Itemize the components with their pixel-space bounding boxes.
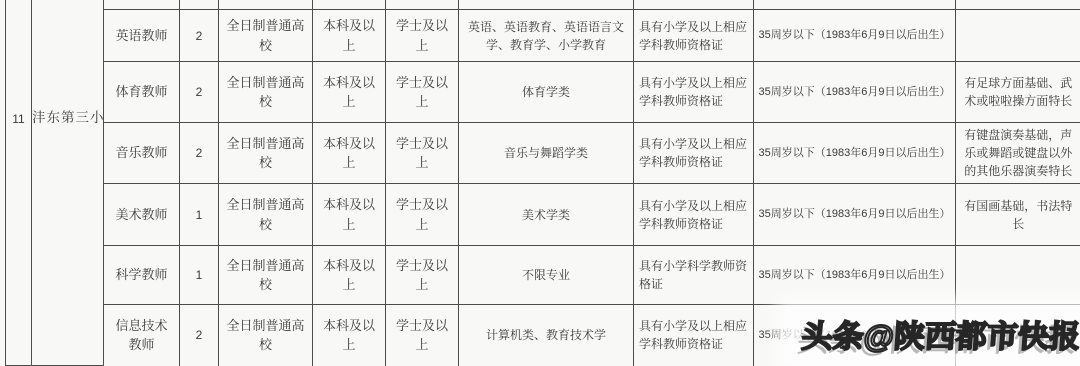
cell-school-type: 全日制普通高校 (219, 10, 313, 62)
table-row-partial: 11 沣东第三小学 (6, 0, 1080, 10)
cell-education: 本科及以上 (313, 246, 386, 305)
table-row: 英语教师 2 全日制普通高校 本科及以上 学士及以上 英语、英语教育、英语语言文… (6, 10, 1080, 62)
cell-specialty: 有键盘演奏基础，声乐或舞蹈或键盘以外的其他乐器演奏特长 (956, 123, 1080, 184)
cell-education: 本科及以上 (313, 62, 386, 123)
cell-specialty (956, 10, 1080, 62)
cell-empty (956, 0, 1080, 10)
cell-position: 音乐教师 (104, 123, 180, 184)
cell-position: 信息技术教师 (104, 305, 180, 366)
table-row: 体育教师 2 全日制普通高校 本科及以上 学士及以上 体育学类 具有小学及以上相… (6, 62, 1080, 123)
cell-serial-no: 11 (6, 0, 32, 366)
cell-education: 本科及以上 (313, 184, 386, 246)
cell-age: 35周岁以下（1983年6月9日以后出生） (754, 123, 956, 184)
cell-degree: 学士及以上 (386, 10, 459, 62)
cell-certificate: 具有小学科学教师资格证 (634, 246, 754, 305)
cell-major: 体育学类 (459, 62, 634, 123)
cell-certificate: 具有小学及以上相应学科教师资格证 (634, 305, 754, 366)
recruitment-table-page: 11 沣东第三小学 英语教师 2 全日制普通高校 本科及以上 学士及以上 英语、… (0, 0, 1080, 366)
cell-degree: 学士及以上 (386, 123, 459, 184)
cell-specialty (956, 246, 1080, 305)
cell-school-type: 全日制普通高校 (219, 123, 313, 184)
cell-school-type: 全日制普通高校 (219, 305, 313, 366)
table-row: 科学教师 1 全日制普通高校 本科及以上 学士及以上 不限专业 具有小学科学教师… (6, 246, 1080, 305)
cell-specialty: 有国画基础，书法特长 (956, 184, 1080, 246)
cell-empty (313, 0, 386, 10)
table-row: 美术教师 1 全日制普通高校 本科及以上 学士及以上 美术学类 具有小学及以上相… (6, 184, 1080, 246)
cell-count: 1 (180, 246, 219, 305)
cell-position: 科学教师 (104, 246, 180, 305)
cell-empty (459, 0, 634, 10)
cell-school-name: 沣东第三小学 (32, 0, 104, 366)
cell-certificate: 具有小学及以上相应学科教师资格证 (634, 10, 754, 62)
cell-degree: 学士及以上 (386, 62, 459, 123)
cell-age: 35周岁以下（1983年6月9日以后出生） (754, 246, 956, 305)
cell-empty (754, 0, 956, 10)
cell-certificate: 具有小学及以上相应学科教师资格证 (634, 184, 754, 246)
cell-position: 体育教师 (104, 62, 180, 123)
cell-school-type: 全日制普通高校 (219, 246, 313, 305)
cell-empty (104, 0, 180, 10)
cell-age: 35周岁以下（1983年6月9日以后出生） (754, 184, 956, 246)
cell-major: 英语、英语教育、英语语言文学、教育学、小学教育 (459, 10, 634, 62)
cell-position: 美术教师 (104, 184, 180, 246)
cell-school-type: 全日制普通高校 (219, 62, 313, 123)
cell-specialty: 有足球方面基础、武术或啦啦操方面特长 (956, 62, 1080, 123)
cell-age: 35周岁以下（1983年6月9日以后出生） (754, 10, 956, 62)
cell-degree: 学士及以上 (386, 305, 459, 366)
cell-empty (180, 0, 219, 10)
cell-degree: 学士及以上 (386, 246, 459, 305)
cell-certificate: 具有小学及以上相应学科教师资格证 (634, 62, 754, 123)
cell-count: 2 (180, 10, 219, 62)
cell-degree: 学士及以上 (386, 184, 459, 246)
cell-count: 1 (180, 184, 219, 246)
cell-empty (634, 0, 754, 10)
cell-school-type: 全日制普通高校 (219, 184, 313, 246)
news-watermark: 头条@陕西都市快报 (786, 307, 1080, 364)
cell-education: 本科及以上 (313, 10, 386, 62)
cell-certificate: 具有小学及以上相应学科教师资格证 (634, 123, 754, 184)
cell-count: 2 (180, 123, 219, 184)
cell-major: 美术学类 (459, 184, 634, 246)
cell-count: 2 (180, 305, 219, 366)
serial-no-text: 11 (6, 110, 31, 128)
cell-empty (219, 0, 313, 10)
news-watermark-text: 头条@陕西都市快报 (800, 311, 1080, 356)
cell-education: 本科及以上 (313, 123, 386, 184)
cell-count: 2 (180, 62, 219, 123)
school-name-text: 沣东第三小学 (32, 108, 103, 128)
cell-major: 计算机类、教育技术学 (459, 305, 634, 366)
cell-age: 35周岁以下（1983年6月9日以后出生） (754, 62, 956, 123)
cell-education: 本科及以上 (313, 305, 386, 366)
cell-major: 不限专业 (459, 246, 634, 305)
cell-position: 英语教师 (104, 10, 180, 62)
cell-major: 音乐与舞蹈学类 (459, 123, 634, 184)
cell-empty (386, 0, 459, 10)
table-row: 音乐教师 2 全日制普通高校 本科及以上 学士及以上 音乐与舞蹈学类 具有小学及… (6, 123, 1080, 184)
